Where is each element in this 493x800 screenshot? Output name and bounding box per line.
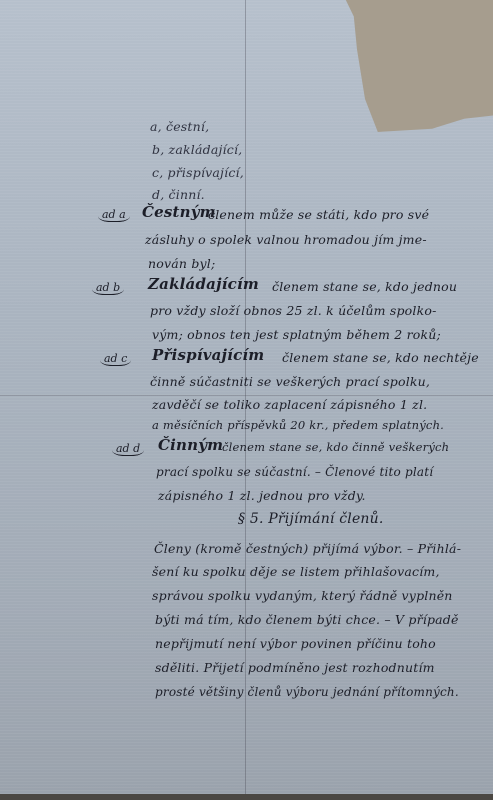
- paragraph-heading: Zakládajícím: [148, 277, 259, 292]
- document-page: a, čestní, b, zakládající, c, přispívají…: [0, 0, 493, 800]
- section-line: nepřijmutí není výbor povinen příčinu to…: [155, 638, 436, 651]
- section-line: býti má tím, kdo členem býti chce. – V p…: [155, 614, 459, 627]
- horizontal-fold-line: [0, 395, 493, 396]
- margin-marker-ad-a: ad a: [98, 208, 130, 222]
- list-item: d, činní.: [152, 189, 205, 202]
- paragraph-line: zápisného 1 zl. jednou pro vždy.: [158, 490, 366, 503]
- section-line: šení ku spolku děje se listem přihlašova…: [152, 566, 440, 579]
- list-item: b, zakládající,: [152, 144, 242, 157]
- paragraph-line: prací spolku se súčastní. – Členové tito…: [156, 466, 433, 478]
- margin-marker-ad-b: ad b: [92, 281, 124, 295]
- paragraph-line: a měsíčních příspěvků 20 kr., předem spl…: [152, 420, 444, 432]
- section-line: Členy (kromě čestných) přijímá výbor. – …: [154, 543, 461, 556]
- section-line: správou spolku vydaným, který řádně vypl…: [152, 590, 453, 603]
- list-item: c, přispívající,: [152, 167, 244, 180]
- paragraph-line: činně súčastniti se veškerých prací spol…: [150, 376, 430, 389]
- section-line: prosté většiny členů výboru jednání přít…: [155, 686, 459, 698]
- paragraph-line: zásluhy o spolek valnou hromadou jím jme…: [145, 234, 427, 247]
- paragraph-line: zavděčí se toliko zaplacení zápisného 1 …: [152, 399, 427, 412]
- paragraph-line: členem stane se, kdo činně veškerých: [222, 442, 449, 454]
- margin-marker-ad-d: ad d: [112, 442, 144, 456]
- section-title: § 5. Přijímání členů.: [238, 512, 384, 526]
- paragraph-line: vým; obnos ten jest splatným během 2 rok…: [152, 329, 441, 342]
- paragraph-line: členem stane se, kdo jednou: [272, 281, 457, 294]
- list-item: a, čestní,: [150, 121, 209, 134]
- paragraph-line: pro vždy složí obnos 25 zl. k účelům spo…: [150, 305, 437, 318]
- margin-marker-ad-c: ad c: [100, 352, 131, 366]
- paragraph-line: členem stane se, kdo nechtěje: [282, 352, 479, 365]
- paragraph-line: členem může se státi, kdo pro své: [208, 209, 429, 222]
- paragraph-heading: Čestným: [142, 205, 216, 220]
- torn-corner: [333, 0, 493, 165]
- paragraph-heading: Přispívajícím: [152, 348, 264, 363]
- paragraph-heading: Činným: [158, 438, 223, 453]
- page-bottom-edge: [0, 794, 493, 800]
- section-line: sděliti. Přijetí podmíněno jest rozhodnu…: [155, 662, 435, 675]
- paragraph-line: nován byl;: [148, 258, 215, 271]
